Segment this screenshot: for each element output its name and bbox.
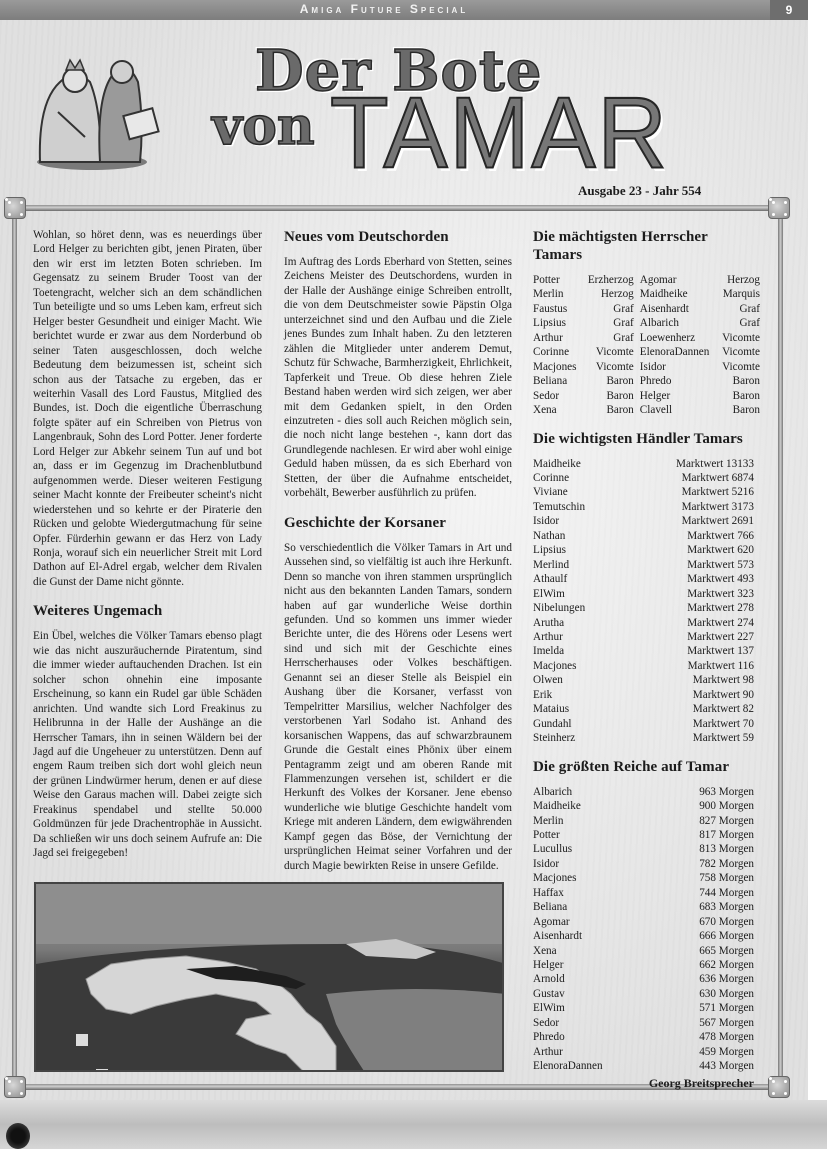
realm-name: Sedor <box>533 1016 654 1030</box>
trader-value: Marktwert 766 <box>620 529 760 543</box>
trader-value: Marktwert 90 <box>620 688 760 702</box>
table-row: MerlinHerzogMaidheikeMarquis <box>533 287 760 301</box>
trader-name: Nibelungen <box>533 601 620 615</box>
table-row: ImeldaMarktwert 137 <box>533 644 760 658</box>
table-row: Aisenhardt666 Morgen <box>533 929 760 943</box>
ruler-title: Herzog <box>718 273 760 287</box>
realm-value: 636 Morgen <box>654 972 760 986</box>
trader-name: Athaulf <box>533 572 620 586</box>
ruler-name: Albarich <box>640 316 718 330</box>
trader-name: Maidheike <box>533 457 620 471</box>
ruler-title: Vicomte <box>718 345 760 359</box>
masthead-title-tamar: TAMAR <box>330 84 669 185</box>
table-row: Lucullus813 Morgen <box>533 842 760 856</box>
heading-weiteres-ungemach: Weiteres Ungemach <box>33 602 262 620</box>
ruler-title: Baron <box>582 403 640 417</box>
ruler-name: Xena <box>533 403 582 417</box>
table-row: Maidheike900 Morgen <box>533 799 760 813</box>
trader-name: Mataius <box>533 702 620 716</box>
ruler-title: Graf <box>582 316 640 330</box>
table-row: MataiusMarktwert 82 <box>533 702 760 716</box>
realm-name: Beliana <box>533 900 654 914</box>
trader-value: Marktwert 98 <box>620 673 760 687</box>
trader-value: Marktwert 6874 <box>620 471 760 485</box>
table-row: Gustav630 Morgen <box>533 987 760 1001</box>
table-row: Merlin827 Morgen <box>533 814 760 828</box>
table-row: VivianeMarktwert 5216 <box>533 485 760 499</box>
table-row: Arthur459 Morgen <box>533 1045 760 1059</box>
trader-value: Marktwert 323 <box>620 587 760 601</box>
table-row: CorinneVicomteElenoraDannenVicomte <box>533 345 760 359</box>
realm-name: Potter <box>533 828 654 842</box>
realm-name: ElenoraDannen <box>533 1059 654 1073</box>
rivet-icon <box>768 1076 790 1098</box>
realm-name: ElWim <box>533 1001 654 1015</box>
table-row: Sedor567 Morgen <box>533 1016 760 1030</box>
ruler-name: Helger <box>640 389 718 403</box>
table-row: Albarich963 Morgen <box>533 785 760 799</box>
masthead-title-von: von <box>212 96 315 157</box>
trader-name: ElWim <box>533 587 620 601</box>
realm-name: Maidheike <box>533 799 654 813</box>
realm-name: Haffax <box>533 886 654 900</box>
table-row: XenaBaronClavellBaron <box>533 403 760 417</box>
table-row: GundahlMarktwert 70 <box>533 717 760 731</box>
column-middle: Neues vom Deutschorden Im Auftrag des Lo… <box>284 228 512 886</box>
table-row: ElWimMarktwert 323 <box>533 587 760 601</box>
realm-value: 782 Morgen <box>654 857 760 871</box>
trader-value: Marktwert 3173 <box>620 500 760 514</box>
realm-value: 744 Morgen <box>654 886 760 900</box>
trader-name: Erik <box>533 688 620 702</box>
trader-value: Marktwert 59 <box>620 731 760 745</box>
realm-value: 665 Morgen <box>654 944 760 958</box>
realm-name: Merlin <box>533 814 654 828</box>
article-deutschorden-body: Im Auftrag des Lords Eberhard von Stette… <box>284 255 512 501</box>
table-row: Helger662 Morgen <box>533 958 760 972</box>
ruler-name: Clavell <box>640 403 718 417</box>
table-row: MacjonesMarktwert 116 <box>533 659 760 673</box>
ruler-title: Vicomte <box>718 331 760 345</box>
ruler-title: Vicomte <box>718 360 760 374</box>
realm-value: 567 Morgen <box>654 1016 760 1030</box>
table-row: LipsiusGrafAlbarichGraf <box>533 316 760 330</box>
ruler-name: Maidheike <box>640 287 718 301</box>
table-row: ArthurGrafLoewenherzVicomte <box>533 331 760 345</box>
realm-value: 813 Morgen <box>654 842 760 856</box>
table-row: IsidorMarktwert 2691 <box>533 514 760 528</box>
realm-name: Gustav <box>533 987 654 1001</box>
table-row: AthaulfMarktwert 493 <box>533 572 760 586</box>
trader-value: Marktwert 5216 <box>620 485 760 499</box>
ruler-title: Baron <box>582 374 640 388</box>
table-row: OlwenMarktwert 98 <box>533 673 760 687</box>
traders-table: MaidheikeMarktwert 13133CorinneMarktwert… <box>533 457 760 746</box>
trader-name: Imelda <box>533 644 620 658</box>
heading-traders: Die wichtigsten Händler Tamars <box>533 430 760 448</box>
table-row: Phredo478 Morgen <box>533 1030 760 1044</box>
article-helger-body: Wohlan, so höret denn, was es neuerdings… <box>33 228 262 589</box>
ruler-name: Agomar <box>640 273 718 287</box>
heading-deutschorden: Neues vom Deutschorden <box>284 228 512 246</box>
trader-name: Arthur <box>533 630 620 644</box>
ruler-name: Phredo <box>640 374 718 388</box>
realm-value: 683 Morgen <box>654 900 760 914</box>
table-row: Arnold636 Morgen <box>533 972 760 986</box>
realm-name: Macjones <box>533 871 654 885</box>
realm-value: 827 Morgen <box>654 814 760 828</box>
table-row: MerlindMarktwert 573 <box>533 558 760 572</box>
realm-name: Agomar <box>533 915 654 929</box>
trader-value: Marktwert 82 <box>620 702 760 716</box>
trader-value: Marktwert 13133 <box>620 457 760 471</box>
trader-value: Marktwert 278 <box>620 601 760 615</box>
realm-name: Arthur <box>533 1045 654 1059</box>
realm-name: Xena <box>533 944 654 958</box>
trader-value: Marktwert 227 <box>620 630 760 644</box>
table-row: ElenoraDannen443 Morgen <box>533 1059 760 1073</box>
realm-value: 630 Morgen <box>654 987 760 1001</box>
ruler-name: Lipsius <box>533 316 582 330</box>
table-row: SedorBaronHelgerBaron <box>533 389 760 403</box>
magazine-header-bar: Amiga Future Special 9 <box>0 0 808 20</box>
trader-name: Arutha <box>533 616 620 630</box>
ruler-title: Herzog <box>582 287 640 301</box>
magazine-title: Amiga Future Special <box>0 2 768 16</box>
issue-info: Ausgabe 23 - Jahr 554 <box>578 183 701 199</box>
scroll-knob-icon <box>6 1123 30 1149</box>
realm-value: 571 Morgen <box>654 1001 760 1015</box>
table-row: ArthurMarktwert 227 <box>533 630 760 644</box>
table-row: AruthaMarktwert 274 <box>533 616 760 630</box>
ruler-title: Baron <box>582 389 640 403</box>
realm-name: Arnold <box>533 972 654 986</box>
article-korsaner-body: So verschiedentlich die Völker Tamars in… <box>284 541 512 873</box>
rivet-icon <box>4 197 26 219</box>
table-row: ErikMarktwert 90 <box>533 688 760 702</box>
table-row: BelianaBaronPhredoBaron <box>533 374 760 388</box>
table-row: NibelungenMarktwert 278 <box>533 601 760 615</box>
game-map-screenshot <box>34 882 504 1072</box>
frame-right-rod <box>778 208 783 1086</box>
realm-value: 443 Morgen <box>654 1059 760 1073</box>
realm-value: 900 Morgen <box>654 799 760 813</box>
ruler-name: Corinne <box>533 345 582 359</box>
trader-value: Marktwert 137 <box>620 644 760 658</box>
trader-value: Marktwert 620 <box>620 543 760 557</box>
realm-name: Helger <box>533 958 654 972</box>
table-row: CorinneMarktwert 6874 <box>533 471 760 485</box>
trader-value: Marktwert 2691 <box>620 514 760 528</box>
rivet-icon <box>4 1076 26 1098</box>
trader-name: Gundahl <box>533 717 620 731</box>
heading-korsaner: Geschichte der Korsaner <box>284 514 512 532</box>
realm-name: Albarich <box>533 785 654 799</box>
trader-value: Marktwert 573 <box>620 558 760 572</box>
realm-value: 758 Morgen <box>654 871 760 885</box>
heading-realms: Die größten Reiche auf Tamar <box>533 758 760 776</box>
table-row: LipsiusMarktwert 620 <box>533 543 760 557</box>
trader-name: Steinherz <box>533 731 620 745</box>
table-row: MacjonesVicomteIsidorVicomte <box>533 360 760 374</box>
ruler-name: Merlin <box>533 287 582 301</box>
table-row: MaidheikeMarktwert 13133 <box>533 457 760 471</box>
column-left: Wohlan, so höret denn, was es neuerdings… <box>33 228 262 874</box>
ruler-name: Sedor <box>533 389 582 403</box>
frame-top-rod <box>14 205 784 211</box>
realm-name: Phredo <box>533 1030 654 1044</box>
table-row: ElWim571 Morgen <box>533 1001 760 1015</box>
rivet-icon <box>768 197 790 219</box>
hex-map-illustration-icon <box>36 884 504 1072</box>
trader-name: Viviane <box>533 485 620 499</box>
trader-value: Marktwert 116 <box>620 659 760 673</box>
page-number: 9 <box>770 0 808 20</box>
ruler-name: ElenoraDannen <box>640 345 718 359</box>
trader-name: Lipsius <box>533 543 620 557</box>
trader-value: Marktwert 70 <box>620 717 760 731</box>
ruler-title: Baron <box>718 374 760 388</box>
trader-name: Nathan <box>533 529 620 543</box>
ruler-title: Erzherzog <box>582 273 640 287</box>
realm-name: Lucullus <box>533 842 654 856</box>
trader-name: Macjones <box>533 659 620 673</box>
ruler-title: Baron <box>718 389 760 403</box>
table-row: TemutschinMarktwert 3173 <box>533 500 760 514</box>
ruler-name: Macjones <box>533 360 582 374</box>
frame-left-rod <box>12 208 17 1086</box>
ruler-name: Beliana <box>533 374 582 388</box>
table-row: Xena665 Morgen <box>533 944 760 958</box>
ruler-title: Graf <box>718 316 760 330</box>
table-row: Isidor782 Morgen <box>533 857 760 871</box>
realm-value: 459 Morgen <box>654 1045 760 1059</box>
ruler-title: Graf <box>582 302 640 316</box>
ruler-title: Graf <box>582 331 640 345</box>
ruler-name: Loewenherz <box>640 331 718 345</box>
trader-name: Isidor <box>533 514 620 528</box>
realm-value: 963 Morgen <box>654 785 760 799</box>
table-row: PotterErzherzogAgomarHerzog <box>533 273 760 287</box>
author-byline: Georg Breitsprecher <box>533 1076 760 1090</box>
ruler-title: Baron <box>718 403 760 417</box>
table-row: NathanMarktwert 766 <box>533 529 760 543</box>
ruler-title: Vicomte <box>582 345 640 359</box>
realm-name: Isidor <box>533 857 654 871</box>
heading-rulers: Die mächtigsten Herrscher Tamars <box>533 228 760 264</box>
ruler-name: Isidor <box>640 360 718 374</box>
trader-name: Corinne <box>533 471 620 485</box>
table-row: FaustusGrafAisenhardtGraf <box>533 302 760 316</box>
article-ungemach-body: Ein Übel, welches die Völker Tamars eben… <box>33 629 262 860</box>
realm-value: 478 Morgen <box>654 1030 760 1044</box>
ruler-name: Faustus <box>533 302 582 316</box>
ruler-name: Potter <box>533 273 582 287</box>
trader-value: Marktwert 493 <box>620 572 760 586</box>
trader-value: Marktwert 274 <box>620 616 760 630</box>
realm-value: 817 Morgen <box>654 828 760 842</box>
scroll-bottom-edge <box>0 1100 827 1149</box>
table-row: Potter817 Morgen <box>533 828 760 842</box>
table-row: Agomar670 Morgen <box>533 915 760 929</box>
table-row: Macjones758 Morgen <box>533 871 760 885</box>
table-row: Beliana683 Morgen <box>533 900 760 914</box>
ruler-name: Aisenhardt <box>640 302 718 316</box>
column-right: Die mächtigsten Herrscher Tamars PotterE… <box>533 228 760 1090</box>
ruler-title: Vicomte <box>582 360 640 374</box>
trader-name: Merlind <box>533 558 620 572</box>
ruler-title: Marquis <box>718 287 760 301</box>
trader-name: Temutschin <box>533 500 620 514</box>
realm-value: 662 Morgen <box>654 958 760 972</box>
ruler-title: Graf <box>718 302 760 316</box>
realm-value: 666 Morgen <box>654 929 760 943</box>
rulers-table: PotterErzherzogAgomarHerzogMerlinHerzogM… <box>533 273 760 418</box>
realm-value: 670 Morgen <box>654 915 760 929</box>
table-row: Haffax744 Morgen <box>533 886 760 900</box>
trader-name: Olwen <box>533 673 620 687</box>
ruler-name: Arthur <box>533 331 582 345</box>
table-row: SteinherzMarktwert 59 <box>533 731 760 745</box>
scribes-illustration-icon <box>30 42 160 172</box>
realms-table: Albarich963 MorgenMaidheike900 MorgenMer… <box>533 785 760 1074</box>
realm-name: Aisenhardt <box>533 929 654 943</box>
